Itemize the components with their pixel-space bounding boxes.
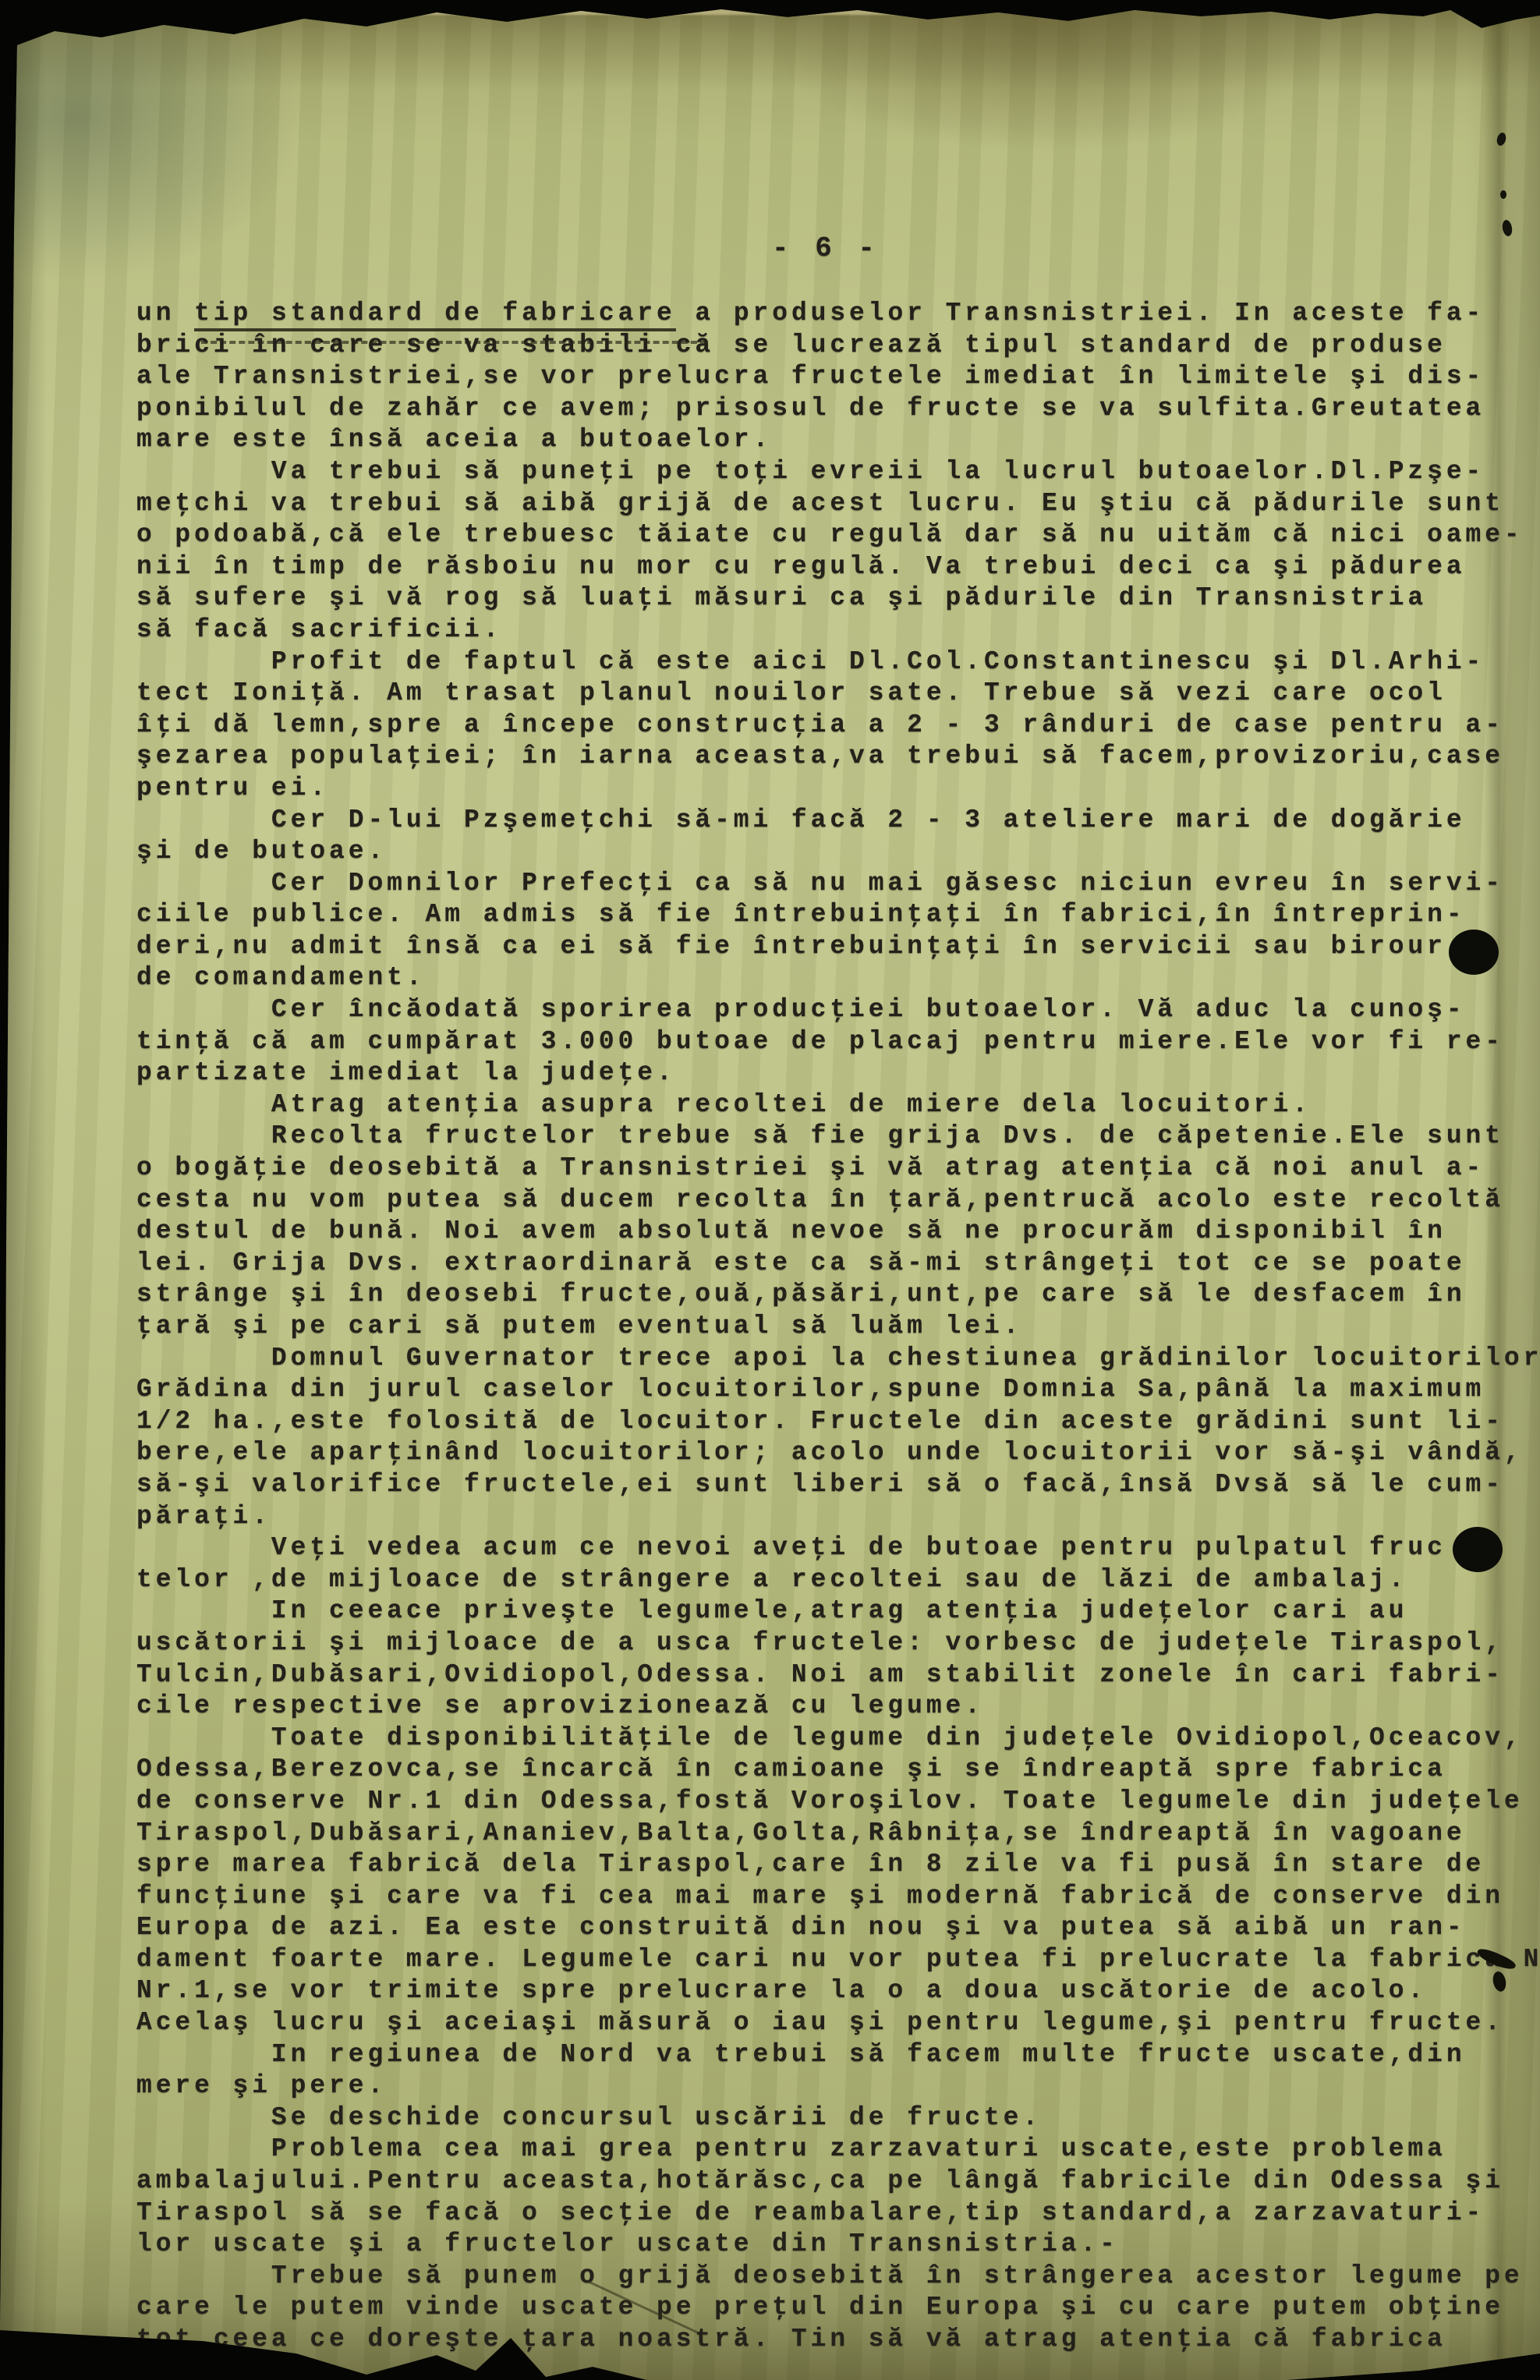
- ink-blot: [1449, 930, 1499, 975]
- text-line: Nr.1,se vor trimite spre prelucrare la o…: [136, 1975, 1540, 2007]
- text-line: Cer Domnilor Prefecţi ca să nu mai găses…: [136, 868, 1540, 900]
- text-line: şi de butoae.: [136, 836, 1540, 868]
- text-line: In ceeace priveşte legumele,atrag atenţi…: [136, 1596, 1540, 1627]
- text-line: să facă sacrificii.: [136, 614, 1540, 646]
- text-line: de comandament.: [136, 962, 1540, 994]
- text-line: nii în timp de răsboiu nu mor cu regulă.…: [136, 551, 1540, 583]
- text-line: tect Ioniţă. Am trasat planul nouilor sa…: [136, 678, 1540, 710]
- text-line: să-şi valorifice fructele,ei sunt liberi…: [136, 1469, 1540, 1501]
- first-line-suffix: a produselor Transnistriei. In aceste fa…: [676, 299, 1485, 328]
- text-line: ambalajului.Pentru aceasta,hotărăsc,ca p…: [136, 2166, 1540, 2198]
- text-line: Toate disponibilităţile de legume din ju…: [136, 1723, 1540, 1755]
- text-line: tot ceea ce doreşte ţara noastră. Tin să…: [136, 2324, 1540, 2356]
- text-line: uscătorii şi mijloace de a usca fructele…: [136, 1627, 1540, 1659]
- text-line: şezarea populaţiei; în iarna aceasta,va …: [136, 741, 1540, 773]
- text-line: spre marea fabrică dela Tiraspol,care în…: [136, 1849, 1540, 1881]
- text-line: Grădina din jurul caselor locuitorilor,s…: [136, 1374, 1540, 1406]
- text-line: Tiraspol,Dubăsari,Ananiev,Balta,Golta,Râ…: [136, 1818, 1540, 1850]
- text-line: păraţi.: [136, 1501, 1540, 1533]
- text-line: cesta nu vom putea să ducem recolta în ţ…: [136, 1185, 1540, 1217]
- text-line: telor ,de mijloace de strângere a recolt…: [136, 1564, 1540, 1596]
- text-line: Tiraspol să se facă o secţie de reambala…: [136, 2198, 1540, 2229]
- underlined-phrase: tip standard de fabricare: [194, 299, 676, 331]
- text-line: ciile publice. Am admis să fie întrebuin…: [136, 899, 1540, 931]
- text-line: să sufere şi vă rog să luaţi măsuri ca ş…: [136, 583, 1540, 614]
- text-line: Tulcin,Dubăsari,Ovidiopol,Odessa. Noi am…: [136, 1659, 1540, 1691]
- text-line: 1/2 ha.,este folosită de locuitor. Fruct…: [136, 1406, 1540, 1438]
- text-lines: brici în care se va stabili că se lucrea…: [136, 330, 1540, 2356]
- text-line: Cer încăodată sporirea producţiei butoae…: [136, 994, 1540, 1026]
- text-line: mere şi pere.: [136, 2070, 1540, 2102]
- text-line: dament foarte mare. Legumele cari nu vor…: [136, 1944, 1540, 1976]
- text-line-first: un tip standard de fabricare a produselo…: [136, 298, 1540, 330]
- text-line: brici în care se va stabili că se lucrea…: [136, 330, 1540, 362]
- scan-background: - 6 - un tip standard de fabricare a pro…: [0, 0, 1540, 2380]
- text-line: pentru ei.: [136, 773, 1540, 805]
- text-line: funcţiune şi care va fi cea mai mare şi …: [136, 1881, 1540, 1913]
- text-line: o podoabă,că ele trebuesc tăiate cu regu…: [136, 519, 1540, 551]
- text-line: Profit de faptul că este aici Dl.Col.Con…: [136, 646, 1540, 678]
- text-line: Recolta fructelor trebue să fie grija Dv…: [136, 1121, 1540, 1153]
- text-line: bere,ele aparţinând locuitorilor; acolo …: [136, 1437, 1540, 1469]
- torn-edge-highlight: [281, 8, 905, 15]
- text-line: Europa de azi. Ea este construită din no…: [136, 1912, 1540, 1944]
- ink-blot: [1453, 1527, 1503, 1572]
- text-line: lor uscate şi a fructelor uscate din Tra…: [136, 2229, 1540, 2261]
- text-line: ponibilul de zahăr ce avem; prisosul de …: [136, 393, 1540, 425]
- text-line: Cer D-lui Pzşemeţchi să-mi facă 2 - 3 at…: [136, 805, 1540, 837]
- text-line: strânge şi în deosebi fructe,ouă,păsări,…: [136, 1279, 1540, 1311]
- text-line: Domnul Guvernator trece apoi la chestiun…: [136, 1343, 1540, 1375]
- document-page: - 6 - un tip standard de fabricare a pro…: [0, 0, 1540, 2380]
- pencil-underline: [201, 341, 706, 344]
- text-line: Trebue să punem o grijă deosebită în str…: [136, 2261, 1540, 2293]
- text-line: ale Transnistriei,se vor prelucra fructe…: [136, 361, 1540, 393]
- text-line: ţară şi pe cari să putem eventual să luă…: [136, 1311, 1540, 1343]
- text-line: o bogăţie deosebită a Transnistriei şi v…: [136, 1153, 1540, 1185]
- text-line: îţi dă lemn,spre a începe construcţia a …: [136, 710, 1540, 742]
- text-line: Problema cea mai grea pentru zarzavaturi…: [136, 2134, 1540, 2166]
- text-line: destul de bună. Noi avem absolută nevoe …: [136, 1216, 1540, 1248]
- text-line: Acelaş lucru şi aceiaşi măsură o iau şi …: [136, 2007, 1540, 2039]
- text-line: de conserve Nr.1 din Odessa,fostă Voroşi…: [136, 1786, 1540, 1818]
- paper-hole: [1500, 190, 1506, 199]
- text-line: Atrag atenţia asupra recoltei de miere d…: [136, 1089, 1540, 1121]
- text-line: partizate imediat la judeţe.: [136, 1057, 1540, 1089]
- text-line: mare este însă aceia a butoaelor.: [136, 424, 1540, 456]
- text-block: un tip standard de fabricare a produselo…: [136, 298, 1540, 2356]
- text-line: care le putem vinde uscate pe preţul din…: [136, 2292, 1540, 2324]
- text-line: Se deschide concursul uscării de fructe.: [136, 2102, 1540, 2134]
- text-line: tinţă că am cumpărat 3.000 butoae de pla…: [136, 1026, 1540, 1058]
- text-line: deri,nu admit însă ca ei să fie întrebui…: [136, 931, 1540, 963]
- text-line: Va trebui să puneţi pe toţi evreii la lu…: [136, 456, 1540, 488]
- text-line: meţchi va trebui să aibă grijă de acest …: [136, 488, 1540, 520]
- text-line: lei. Grija Dvs. extraordinară este ca să…: [136, 1248, 1540, 1280]
- page-number: - 6 -: [772, 232, 880, 264]
- text-line: cile respective se aprovizionează cu leg…: [136, 1691, 1540, 1723]
- text-line: Odessa,Berezovca,se încarcă în camioane …: [136, 1754, 1540, 1786]
- text-line: In regiunea de Nord va trebui să facem m…: [136, 2039, 1540, 2071]
- text-line: Veţi vedea acum ce nevoi aveţi de butoae…: [136, 1532, 1540, 1564]
- first-line-prefix: un: [136, 299, 194, 328]
